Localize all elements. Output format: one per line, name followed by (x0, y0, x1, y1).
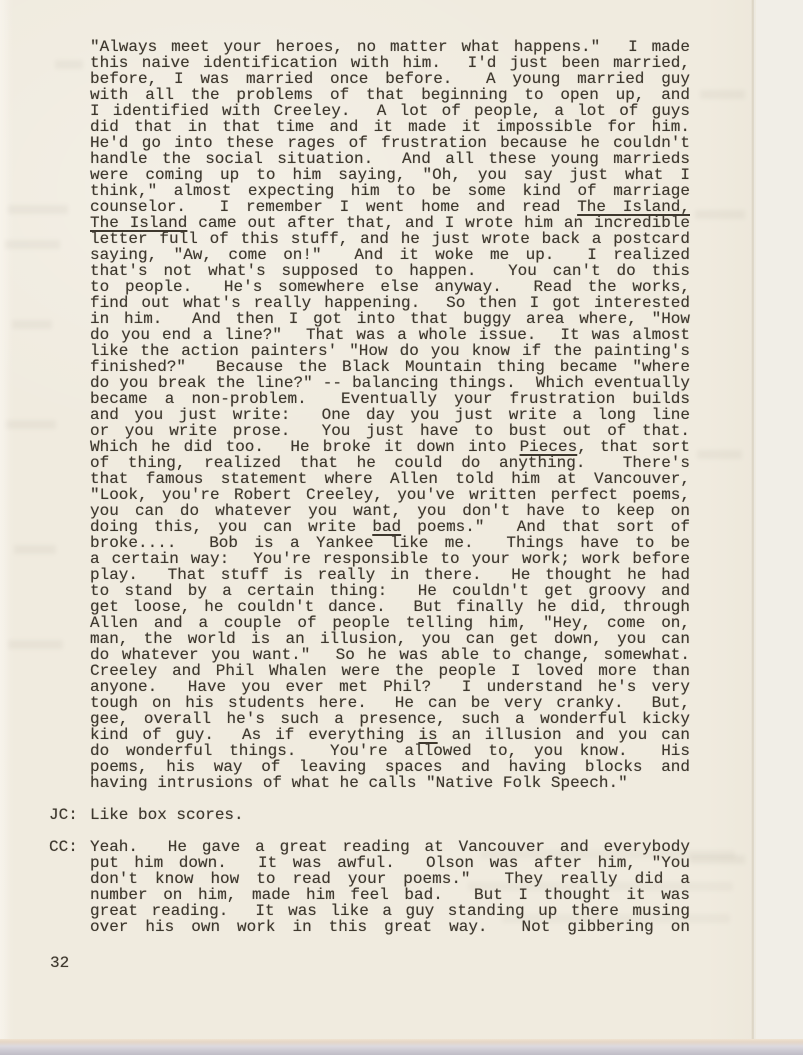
text-line: "Always meet your heroes, no matter what… (90, 39, 690, 55)
text-line: letter full of this stuff, and he just w… (90, 231, 690, 247)
text-line: that famous statement where Allen told h… (90, 471, 690, 487)
text-line: to people. He's somewhere else anyway. R… (90, 279, 690, 295)
paragraph: JC:Like box scores. (90, 807, 690, 823)
text-line: in him. And then I got into that buggy a… (90, 311, 690, 327)
text-line: tough on his students here. He can be ve… (90, 695, 690, 711)
text-line: did that in that time and it made it imp… (90, 119, 690, 135)
text-line: finished?" Because the Black Mountain th… (90, 359, 690, 375)
text-line: do you break the line?" -- balancing thi… (90, 375, 690, 391)
text-line: He'd go into these rages of frustration … (90, 135, 690, 151)
paragraph: "Always meet your heroes, no matter what… (90, 39, 690, 791)
text-line: Which he did too. He broke it down into … (90, 439, 690, 455)
text-line: gee, overall he's such a presence, such … (90, 711, 690, 727)
text-line: broke.... Bob is a Yankee like me. Thing… (90, 535, 690, 551)
show-through-artifact (700, 90, 745, 99)
text-line: handle the social situation. And all the… (90, 151, 690, 167)
speaker-label: JC: (49, 807, 78, 823)
show-through-artifact (6, 420, 56, 429)
text-line: great reading. It was like a guy standin… (90, 903, 690, 919)
text-line: like the action painters' "How do you kn… (90, 343, 690, 359)
text-line: doing this, you can write bad poems." An… (90, 519, 690, 535)
text-line: do you end a line?" That was a whole iss… (90, 327, 690, 343)
paragraph: CC:Yeah. He gave a great reading at Vanc… (90, 839, 690, 935)
show-through-artifact (8, 205, 68, 214)
text-line: you can do whatever you want, you don't … (90, 503, 690, 519)
text-line: with all the problems of that beginning … (90, 87, 690, 103)
text-line: and you just write: One day you just wri… (90, 407, 690, 423)
text-line: don't know how to read your poems." They… (90, 871, 690, 887)
text-line: anyone. Have you ever met Phil? I unders… (90, 679, 690, 695)
text-line: put him down. It was awful. Olson was af… (90, 855, 690, 871)
text-segment: having intrusions of what he calls "Nati… (90, 774, 628, 792)
text-line: to stand by a certain thing: He couldn't… (90, 583, 690, 599)
transcript: "Always meet your heroes, no matter what… (90, 39, 690, 935)
text-line: I identified with Creeley. A lot of peop… (90, 103, 690, 119)
show-through-artifact (5, 240, 60, 249)
text-line: having intrusions of what he calls "Nati… (90, 775, 690, 791)
text-line: do wonderful things. You're allowed to, … (90, 743, 690, 759)
text-line: saying, "Aw, come on!" And it woke me up… (90, 247, 690, 263)
text-line: The Island came out after that, and I wr… (90, 215, 690, 231)
speaker-label: CC: (49, 839, 78, 855)
text-line: Allen and a couple of people telling him… (90, 615, 690, 631)
text-line: of thing, realized that he could do anyt… (90, 455, 690, 471)
text-line: kind of guy. As if everything is an illu… (90, 727, 690, 743)
page-bottom-edge (0, 1039, 803, 1055)
show-through-artifact (14, 545, 56, 554)
page-left-edge (0, 0, 10, 1055)
text-line: do whatever you want." So he was able to… (90, 647, 690, 663)
text-line: "Look, you're Robert Creeley, you've wri… (90, 487, 690, 503)
text-line: think," almost expecting him to be some … (90, 183, 690, 199)
show-through-artifact (12, 320, 52, 329)
show-through-artifact (55, 60, 83, 69)
text-line: counselor. I remember I went home and re… (90, 199, 690, 215)
text-line: Yeah. He gave a great reading at Vancouv… (90, 839, 690, 855)
text-line: over his own work in this great way. Not… (90, 919, 690, 935)
adjacent-page-edge (756, 0, 803, 1055)
show-through-artifact (690, 855, 745, 864)
text-line: get loose, he couldn't dance. But finall… (90, 599, 690, 615)
text-line: that's not what's supposed to happen. Yo… (90, 263, 690, 279)
page-number: 32 (50, 955, 69, 971)
text-line: play. That stuff is really in there. He … (90, 567, 690, 583)
text-line: poems, his way of leaving spaces and hav… (90, 759, 690, 775)
text-line: a certain way: You're responsible to you… (90, 551, 690, 567)
text-line: this naive identification with him. I'd … (90, 55, 690, 71)
text-line: were coming up to him saying, "Oh, you s… (90, 167, 690, 183)
text-line: before, I was married once before. A you… (90, 71, 690, 87)
show-through-artifact (8, 640, 63, 649)
text-line: Like box scores. (90, 807, 690, 823)
text-line: number on him, made him feel bad. But I … (90, 887, 690, 903)
text-line: Creeley and Phil Whalen were the people … (90, 663, 690, 679)
text-line: man, the world is an illusion, you can g… (90, 631, 690, 647)
text-segment: Like box scores. (90, 806, 244, 824)
show-through-artifact (697, 450, 742, 459)
show-through-artifact (695, 210, 745, 219)
text-line: became a non-problem. Eventually your fr… (90, 391, 690, 407)
text-line: or you write prose. You just have to bus… (90, 423, 690, 439)
text-line: find out what's really happening. So the… (90, 295, 690, 311)
text-segment: over his own work in this great way. Not… (90, 918, 690, 936)
